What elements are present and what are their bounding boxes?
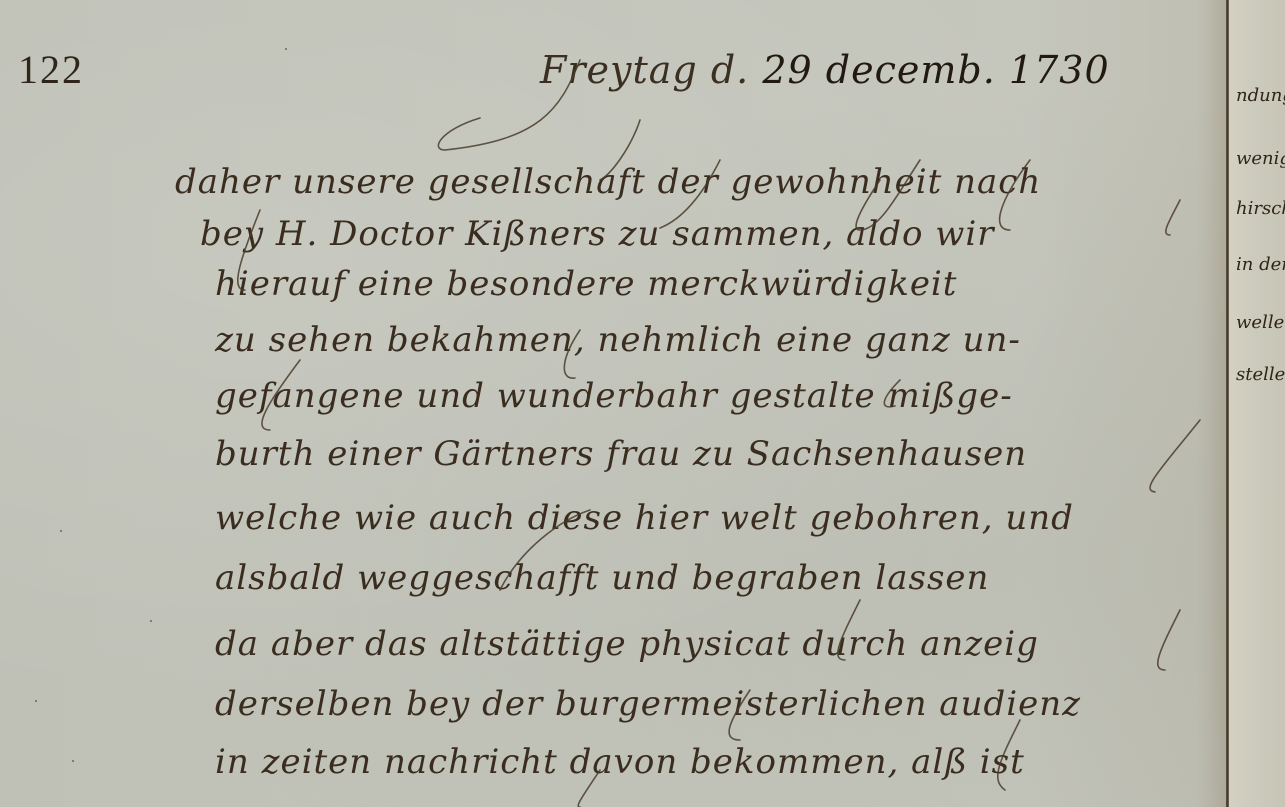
body-line: zu sehen bekahmen, nehmlich eine ganz un…: [215, 318, 1021, 362]
paper-speck: [72, 760, 74, 762]
heading-month: decemb.: [826, 48, 996, 92]
binding-gutter: [1226, 0, 1229, 807]
heading-year: 1730: [1009, 48, 1110, 92]
body-line: gefangene und wunderbahr gestalte mißge-: [215, 374, 1013, 418]
folio-number: 122: [18, 46, 84, 93]
body-line: hierauf eine besondere merckwürdigkeit: [215, 262, 957, 306]
gutter-shadow: [1196, 0, 1226, 807]
body-line: alsbald weggeschafft und begraben lassen: [215, 556, 989, 600]
margin-note: welle: [1236, 312, 1284, 333]
body-line: in zeiten nachricht davon bekommen, alß …: [215, 740, 1025, 784]
paper-speck: [35, 700, 37, 702]
facing-page: [1229, 0, 1285, 807]
body-line: daher unsere gesellschaft der gewohnheit…: [175, 160, 1041, 204]
margin-note: hirsch: [1236, 198, 1285, 219]
heading-article: d.: [711, 48, 749, 92]
margin-note: stelle: [1236, 364, 1285, 385]
manuscript-scan: 122 Freytag d. 29 decemb. 1730 daher uns…: [0, 0, 1285, 807]
body-line: burth einer Gärtners frau zu Sachsenhaus…: [215, 432, 1027, 476]
body-line: derselben bey der burgermeisterlichen au…: [215, 682, 1081, 726]
body-line: bey H. Doctor Kißners zu sammen, aldo wi…: [200, 212, 995, 256]
body-line: da aber das altstättige physicat durch a…: [215, 622, 1039, 666]
body-line: welche wie auch diese hier welt gebohren…: [215, 496, 1074, 540]
heading-weekday: Freytag: [540, 48, 698, 92]
paper-speck: [150, 620, 152, 622]
date-heading: Freytag d. 29 decemb. 1730: [540, 48, 1110, 92]
margin-note: wenig: [1236, 148, 1285, 169]
margin-note: ndung: [1236, 85, 1285, 106]
paper-speck: [285, 48, 287, 50]
heading-day: 29: [762, 48, 812, 92]
paper-speck: [60, 530, 62, 532]
margin-note: in der: [1236, 254, 1285, 275]
